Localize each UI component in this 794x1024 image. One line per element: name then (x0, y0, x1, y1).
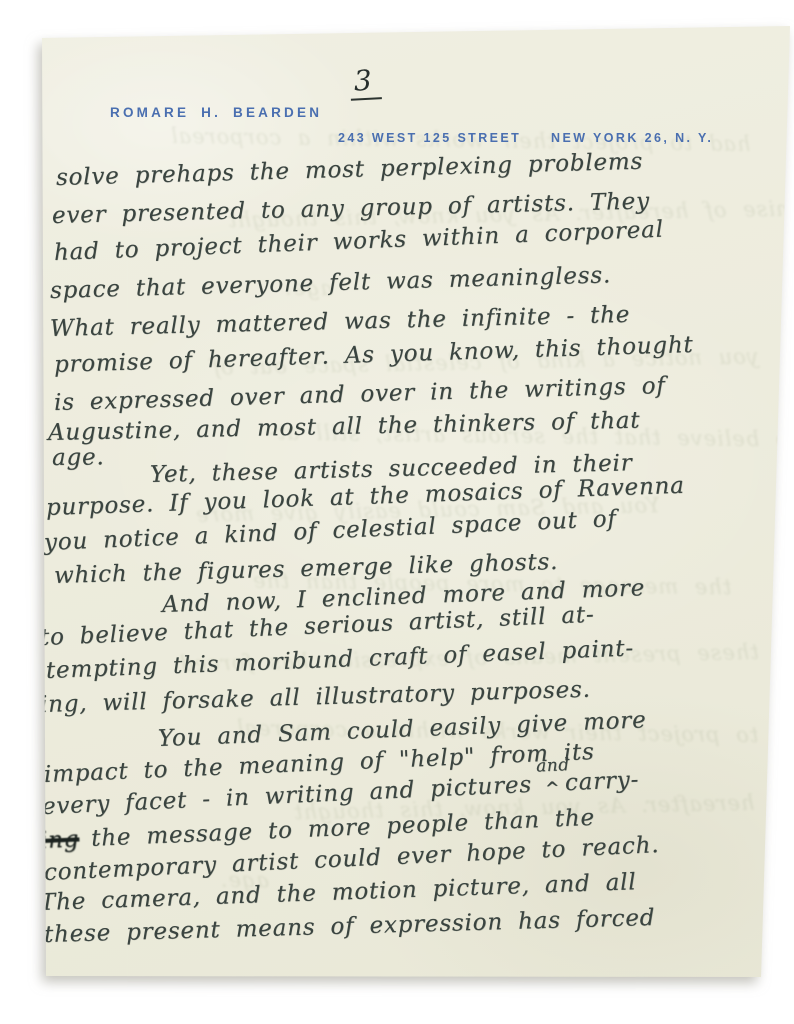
letterhead-address: 243 WEST 125 STREET NEW YORK 26, N. Y. (338, 131, 713, 145)
letterhead-name: ROMARE H. BEARDEN (110, 105, 322, 120)
inserted-word-text: and (536, 755, 570, 776)
page-number: 3 (349, 63, 382, 101)
handwriting-line: solve prehaps the most perplexing proble… (56, 149, 644, 191)
letterhead-street: 243 WEST 125 STREET (338, 131, 521, 145)
letter-photo: had to project their works within a corp… (0, 0, 794, 1024)
handwriting-line: age. (52, 444, 105, 471)
inserted-word: and^ (547, 790, 565, 791)
paper-shadow: had to project their works within a corp… (0, 0, 794, 1024)
letterhead-city: NEW YORK 26, N. Y. (551, 131, 713, 145)
crossed-out-word: ing (39, 826, 79, 854)
paper: had to project their works within a corp… (0, 0, 794, 1024)
insertion-caret: ^ (545, 778, 561, 799)
